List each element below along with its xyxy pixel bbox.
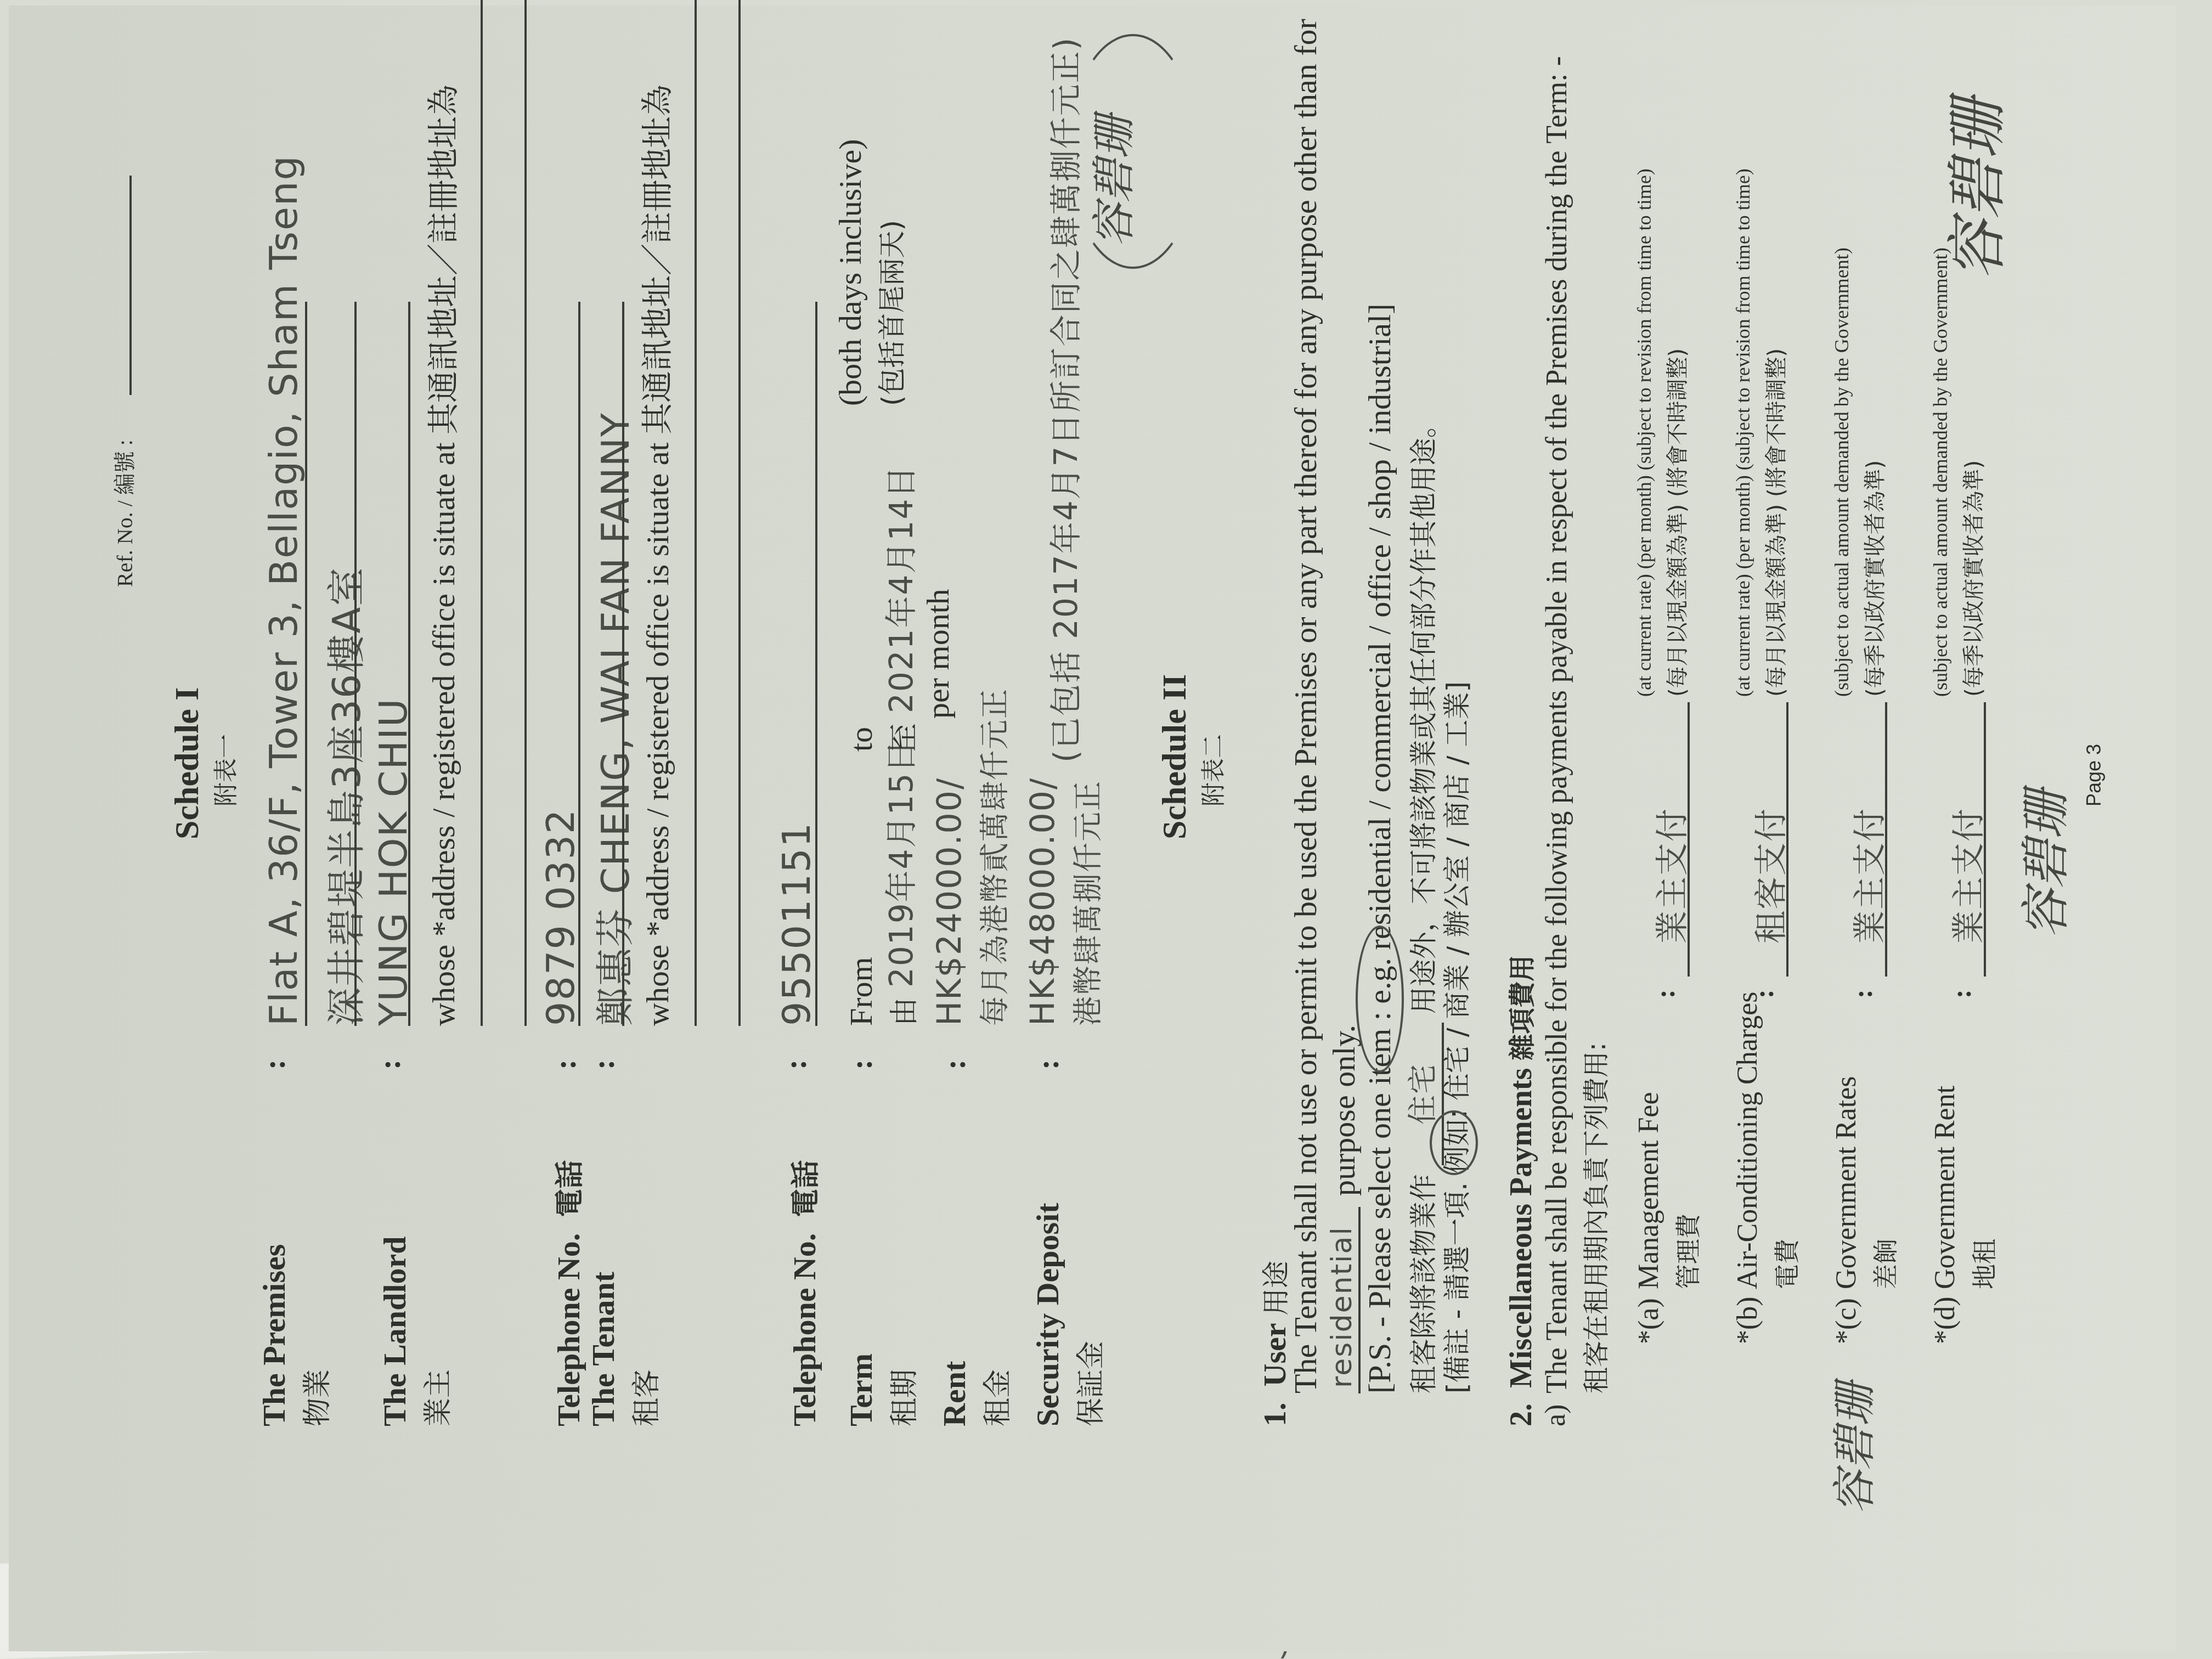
rent-per-month: per month (919, 589, 956, 719)
landlord-label: The Landlord (376, 1237, 413, 1427)
tenant-phone-value: 95501151 (774, 822, 819, 1026)
tenant-label-zh: 租客 (623, 1369, 664, 1426)
residential-circle (1356, 926, 1404, 1073)
misc-intro: The Tenant shall be responsible for the … (1539, 56, 1573, 1393)
residential-zh-circle (1430, 1110, 1478, 1175)
margin-bracket (1068, 34, 1198, 269)
signature-initials-bottom: 容碧珊 (2006, 790, 2077, 938)
air-conditioning-value: 租客支付 (1745, 808, 1792, 944)
rent-amount: HK$24000.00/ (930, 777, 969, 1026)
landlord-label-zh: 業主 (415, 1369, 456, 1426)
term-inclusive: (both days inclusive) (832, 139, 868, 406)
term-label-zh: 租期 (881, 1369, 922, 1426)
term-label: Term (843, 1353, 879, 1426)
term-to-date: 2021年4月14日 (876, 465, 922, 713)
government-rates-value: 業主支付 (1844, 808, 1891, 944)
term-inclusive-zh: (包括首尾兩天) (870, 220, 910, 406)
management-fee-value: 業主支付 (1646, 808, 1694, 944)
rent-amount-zh: 每月為港幣貳萬肆仟元正 (972, 688, 1014, 1026)
tenant-address-line-1 (695, 0, 697, 1026)
user-filled-purpose: residential (1325, 1226, 1358, 1388)
misc-intro-zh: 租客在租用期內負責下列費用: (1575, 1042, 1613, 1393)
user-clause: The Tenant shall not use or permit to be… (1287, 19, 1324, 1393)
term-from-date: 2019年4月15日 (876, 740, 922, 988)
schedule-2-title: Schedule II (1155, 674, 1194, 839)
premises-address-en: Flat A, 36/F, Tower 3, Bellagio, Sham Ts… (261, 155, 306, 1026)
user-ps: [P.S. - Please select one item : e.g. re… (1361, 303, 1398, 1393)
rent-label: Rent (936, 1361, 973, 1426)
premises-label: The Premises (256, 1244, 292, 1426)
tenant-address-clause: whose *address / registered office is si… (631, 84, 678, 1026)
user-note-zh: [備註 - 請選一項. 例如: 住宅 / 商業 / 辦公室 / 商店 / 工業] (1435, 681, 1475, 1393)
tenant-phone-label: Telephone No. 電話 (782, 1160, 823, 1426)
signature-initials-left: 容碧珊 (1819, 1383, 1882, 1514)
ref-no-label: Ref. No. / 編號 : (108, 439, 139, 587)
landlord-address-line-2 (524, 0, 527, 1026)
landlord-phone-label: Telephone No. 電話 (546, 1160, 588, 1426)
premises-address-zh: 深井碧堤半島3座36樓A室 (316, 567, 371, 1026)
ref-no-line (129, 176, 132, 395)
landlord-address-clause: whose *address / registered office is si… (417, 84, 464, 1026)
document-page: Ref. No. / 編號 : Schedule I 附表一 The Premi… (9, 5, 2176, 1651)
landlord-phone-value: 9879 0332 (538, 808, 583, 1026)
signature-initials-right: 容碧珊 (1929, 99, 2016, 280)
tenant-address-line-2 (738, 0, 741, 1026)
tenant-label: The Tenant (585, 1272, 622, 1426)
deposit-label-zh: 保証金 (1068, 1341, 1109, 1426)
deposit-amount: HK$48000.00/ (1024, 777, 1062, 1026)
page-number: Page 3 (2083, 744, 2106, 806)
deposit-label: Security Deposit (1029, 1203, 1066, 1426)
government-rent-value: 業主支付 (1943, 808, 1990, 944)
schedule-1-title-zh: 附表一 (206, 734, 241, 806)
misc-heading: 2. Miscellaneous Payments 雜項費用 (1501, 955, 1539, 1426)
landlord-address-line-1 (481, 0, 483, 1026)
schedule-1-title: Schedule I (168, 687, 207, 839)
rent-label-zh: 租金 (974, 1369, 1015, 1426)
premises-label-zh: 物業 (294, 1369, 335, 1426)
schedule-2-title-zh: 附表二 (1194, 734, 1229, 806)
deposit-amount-zh: 港幣肆萬捌仟元正 (1065, 780, 1107, 1026)
